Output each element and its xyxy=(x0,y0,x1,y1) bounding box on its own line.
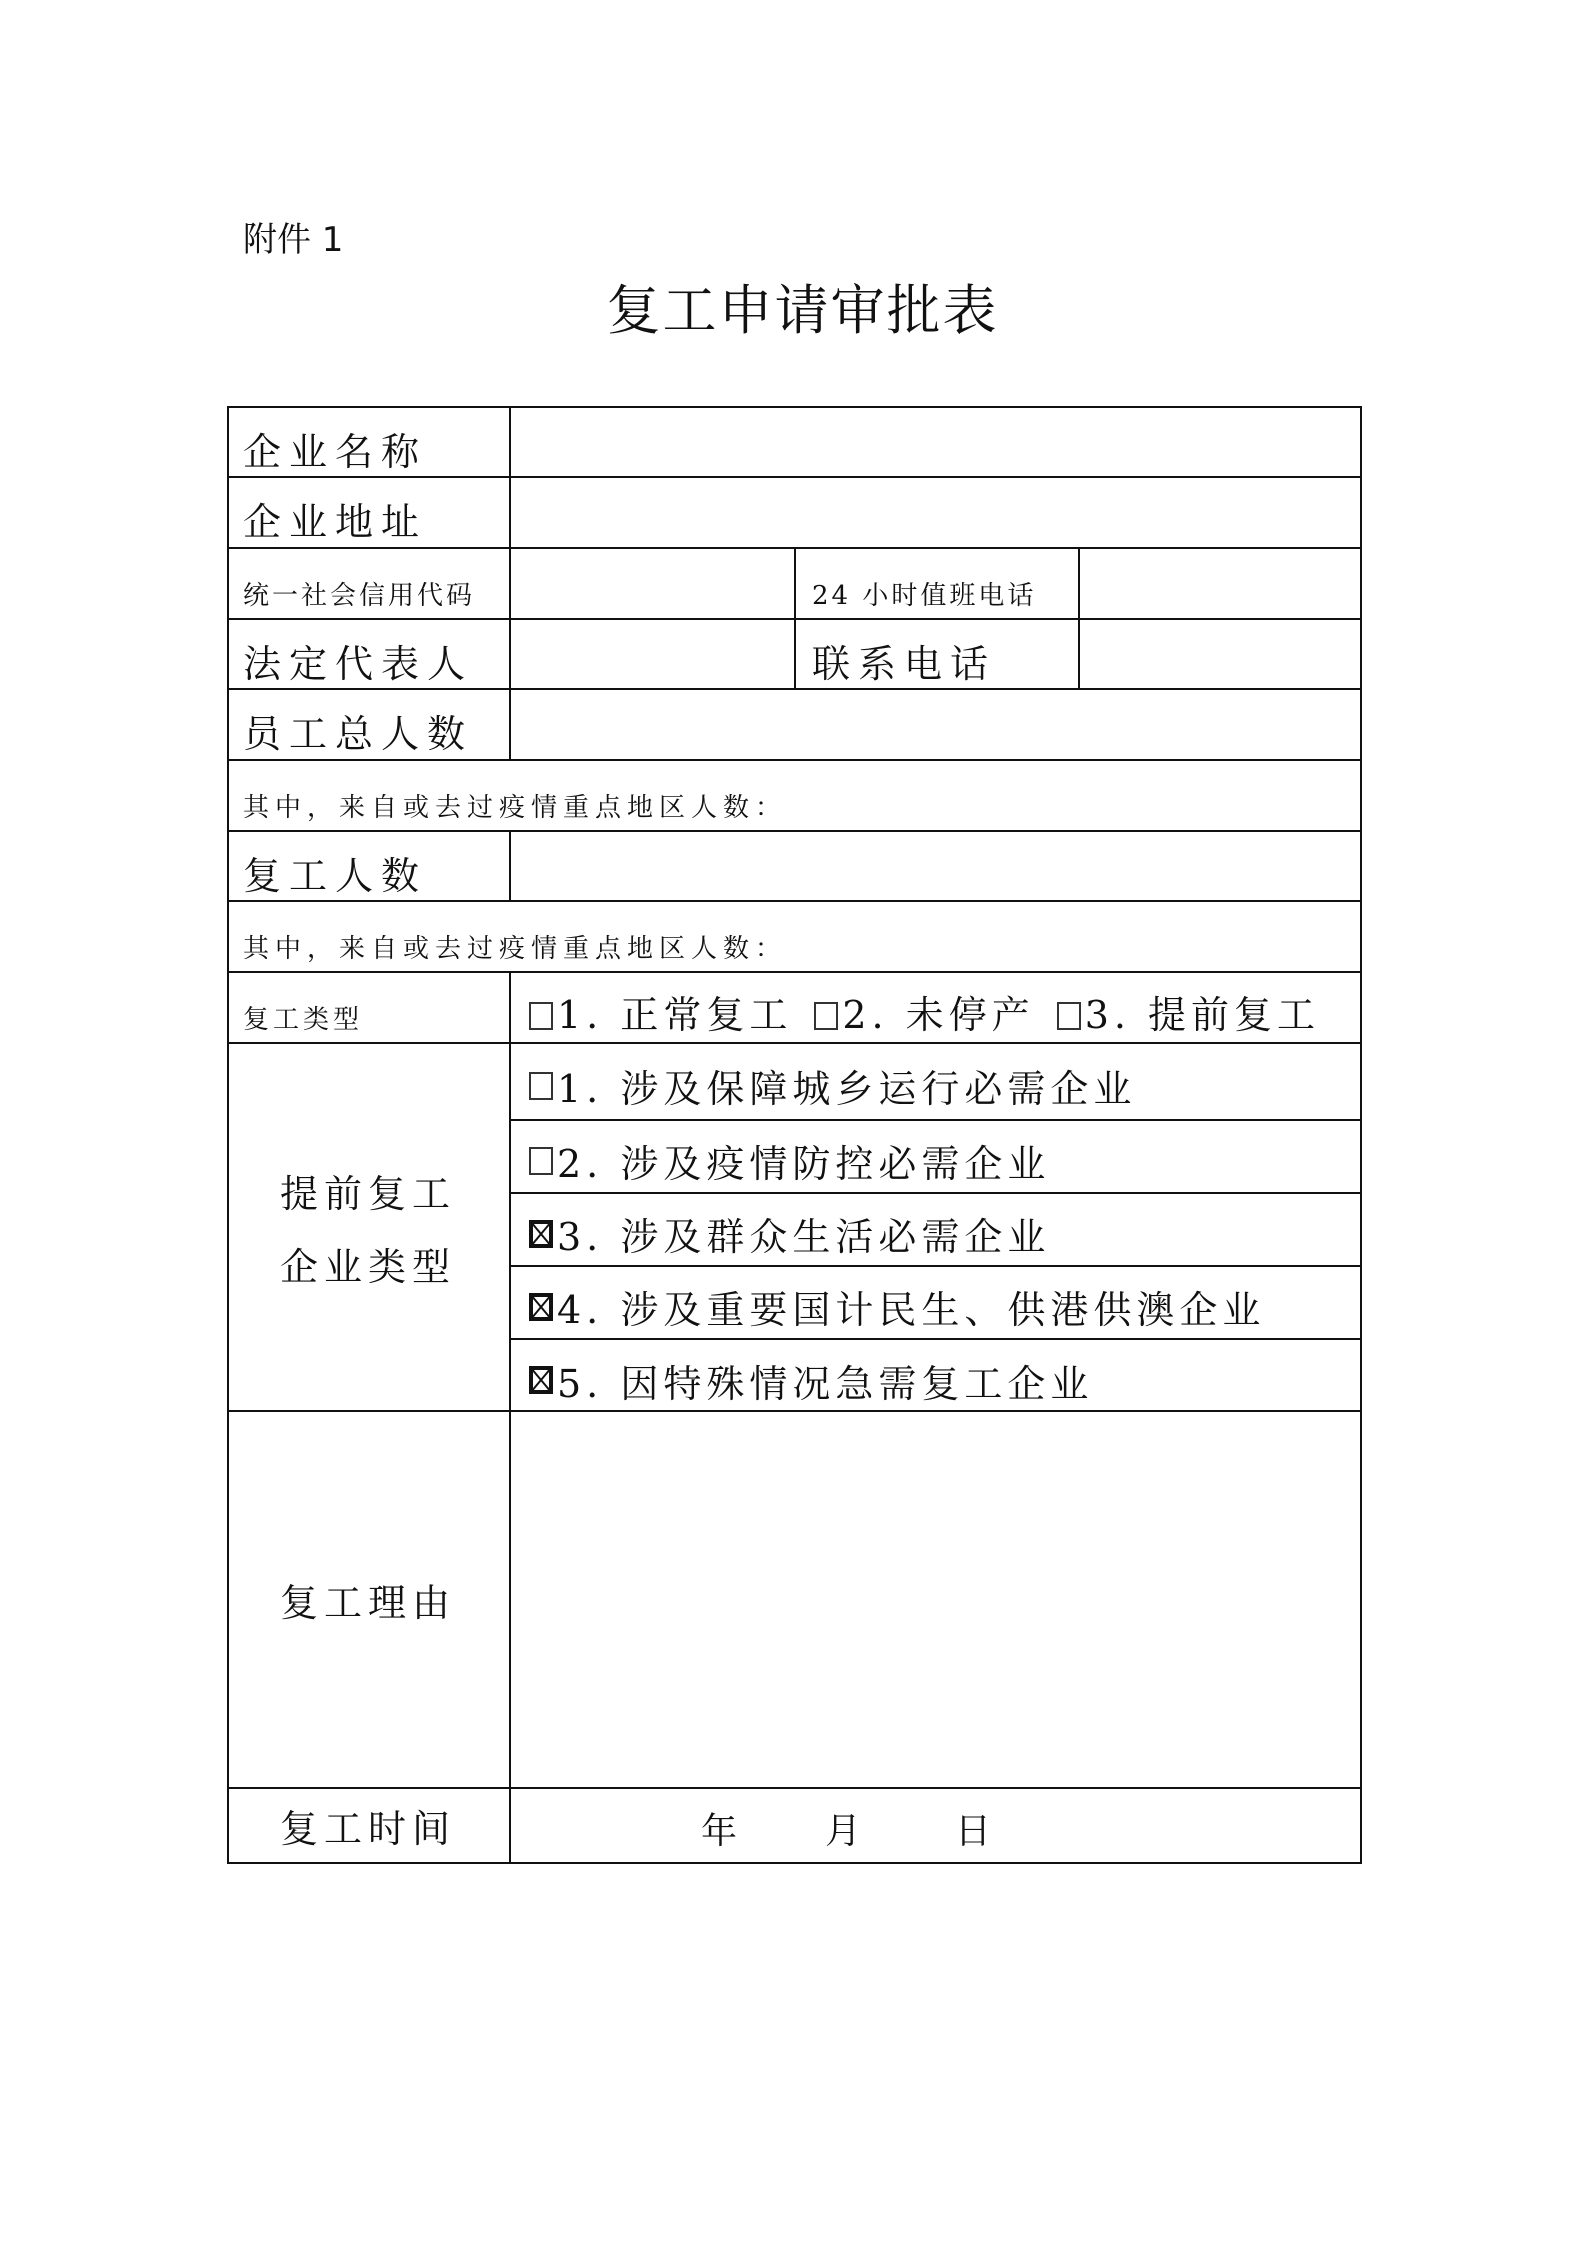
total-staff-label: 员工总人数 xyxy=(227,690,509,759)
resume-type-option-early[interactable]: 3. 提前复工 xyxy=(1057,984,1320,1039)
early-type-option-4[interactable]: 4. 涉及重要国计民生、供港供澳企业 xyxy=(511,1265,1362,1338)
resume-type-option-normal[interactable]: 1. 正常复工 xyxy=(529,984,792,1039)
row-company-name: 企业名称 xyxy=(227,406,1362,476)
date-month-label: 月 xyxy=(825,1803,861,1854)
row-reason: 复工理由 xyxy=(227,1410,1362,1787)
resume-date-label: 复工时间 xyxy=(227,1789,509,1862)
resume-type-label: 复工类型 xyxy=(227,973,509,1042)
resume-staff-field[interactable] xyxy=(511,832,1362,900)
row-resume-staff-epidemic: 其中，来自或去过疫情重点地区人数： xyxy=(227,900,1362,971)
row-company-address: 企业地址 xyxy=(227,476,1362,547)
attachment-label: 附件 1 xyxy=(243,212,343,261)
total-staff-field[interactable] xyxy=(511,690,1362,759)
early-type-option-3[interactable]: 3. 涉及群众生活必需企业 xyxy=(511,1192,1362,1265)
resume-date-field[interactable]: 年 月 日 xyxy=(511,1789,1362,1862)
company-address-label: 企业地址 xyxy=(227,478,509,547)
row-resume-type: 复工类型 1. 正常复工 2. 未停产 3. 提前复工 xyxy=(227,971,1362,1042)
company-address-field[interactable] xyxy=(511,478,1362,547)
early-type-option-2[interactable]: 2. 涉及疫情防控必需企业 xyxy=(511,1119,1362,1192)
legal-rep-label: 法定代表人 xyxy=(227,620,509,688)
duty-phone-field[interactable] xyxy=(1080,549,1362,618)
resume-staff-label: 复工人数 xyxy=(227,832,509,900)
resume-staff-epidemic-label: 其中，来自或去过疫情重点地区人数： xyxy=(243,928,787,965)
checked-checkbox-icon[interactable] xyxy=(529,1220,553,1248)
row-early-type: 提前复工 企业类型 1. 涉及保障城乡运行必需企业 2. 涉及疫情防控必需企业 … xyxy=(227,1042,1362,1410)
checkbox-icon[interactable] xyxy=(529,1072,553,1100)
early-type-option-5[interactable]: 5. 因特殊情况急需复工企业 xyxy=(511,1338,1362,1412)
row-resume-staff: 复工人数 xyxy=(227,830,1362,900)
resume-staff-epidemic-field[interactable]: 其中，来自或去过疫情重点地区人数： xyxy=(227,902,1362,971)
reason-label: 复工理由 xyxy=(227,1412,509,1787)
total-staff-epidemic-label: 其中，来自或去过疫情重点地区人数： xyxy=(243,787,787,824)
legal-rep-field[interactable] xyxy=(511,620,792,688)
row-resume-date: 复工时间 年 月 日 xyxy=(227,1787,1362,1862)
row-legal-rep: 法定代表人 联系电话 xyxy=(227,618,1362,688)
row-total-staff-epidemic: 其中，来自或去过疫情重点地区人数： xyxy=(227,759,1362,830)
early-type-label: 提前复工 企业类型 xyxy=(227,1044,509,1410)
row-total-staff: 员工总人数 xyxy=(227,688,1362,759)
checkbox-icon[interactable] xyxy=(1057,1002,1081,1030)
company-name-field[interactable] xyxy=(511,408,1362,476)
checkbox-icon[interactable] xyxy=(814,1002,838,1030)
early-type-option-1[interactable]: 1. 涉及保障城乡运行必需企业 xyxy=(511,1044,1362,1119)
duty-phone-label: 24 小时值班电话 xyxy=(796,549,1078,618)
total-staff-epidemic-field[interactable]: 其中，来自或去过疫情重点地区人数： xyxy=(227,761,1362,830)
page-title-text: 复工申请审批表 xyxy=(607,279,999,342)
date-year-label: 年 xyxy=(701,1803,737,1854)
date-day-label: 日 xyxy=(955,1803,991,1854)
row-credit-code: 统一社会信用代码 24 小时值班电话 xyxy=(227,547,1362,618)
checked-checkbox-icon[interactable] xyxy=(529,1293,553,1321)
credit-code-label: 统一社会信用代码 xyxy=(227,549,509,618)
contact-phone-label: 联系电话 xyxy=(796,620,1078,688)
contact-phone-field[interactable] xyxy=(1080,620,1362,688)
credit-code-field[interactable] xyxy=(511,549,792,618)
company-name-label: 企业名称 xyxy=(227,408,509,476)
resume-type-options: 1. 正常复工 2. 未停产 3. 提前复工 xyxy=(511,973,1362,1042)
checkbox-icon[interactable] xyxy=(529,1147,553,1175)
reason-textarea[interactable] xyxy=(511,1412,1362,1787)
checked-checkbox-icon[interactable] xyxy=(529,1366,553,1394)
resume-type-option-not-stopped[interactable]: 2. 未停产 xyxy=(814,984,1034,1039)
page-title: 复工申请审批表 xyxy=(0,268,1587,345)
checkbox-icon[interactable] xyxy=(529,1002,553,1030)
